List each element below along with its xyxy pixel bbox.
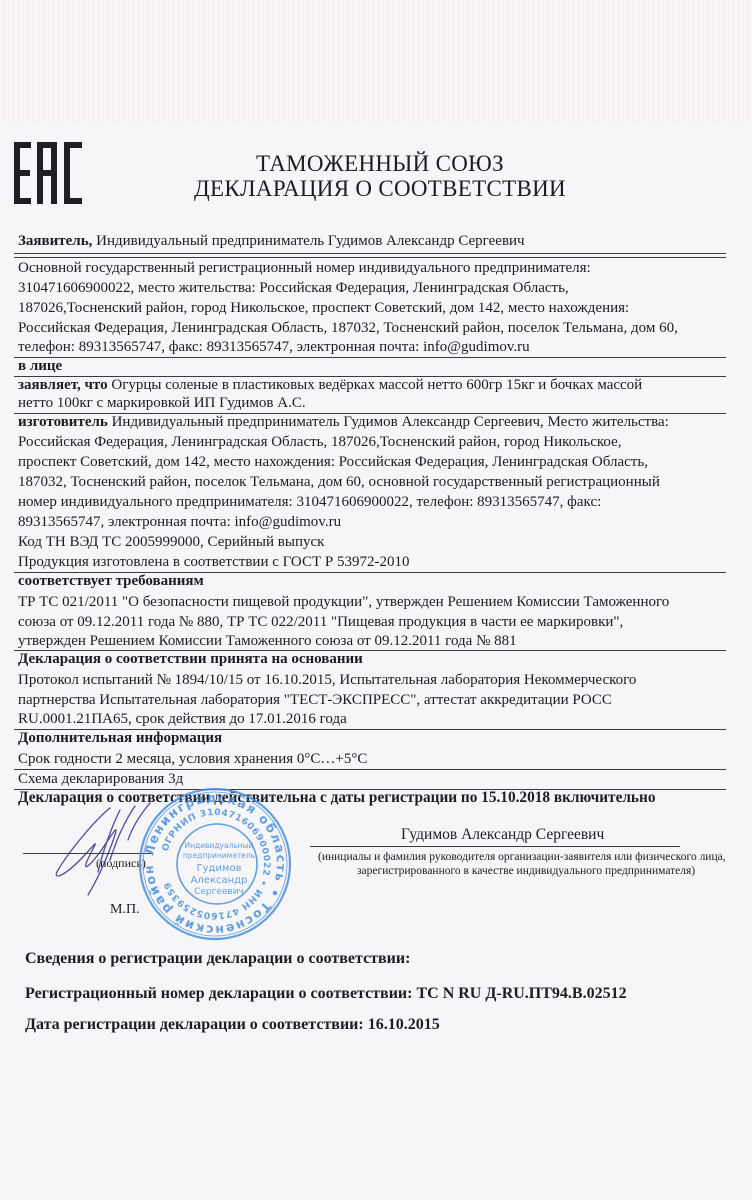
manufacturer-line: номер индивидуального предпринимателя: 3…	[18, 494, 728, 511]
manufacturer-label: изготовитель	[18, 414, 108, 430]
in-person-row: в лице	[18, 358, 728, 375]
manufacturer-line: Российская Федерация, Ленинградская Обла…	[18, 434, 728, 451]
registration-date-row: Дата регистрации декларации о соответств…	[25, 1016, 440, 1034]
standard-line: Продукция изготовлена в соответствии с Г…	[18, 554, 728, 571]
requirement-line: утвержден Решением Комиссии Таможенного …	[18, 633, 728, 650]
svg-text:Сергеевич: Сергеевич	[194, 887, 244, 897]
applicant-detail-line: 310471606900022, место жительства: Росси…	[18, 280, 728, 297]
requirement-line: союза от 09.12.2011 года № 880, ТР ТС 02…	[18, 614, 728, 631]
declares-label: заявляет, что	[18, 377, 108, 393]
basis-heading: Декларация о соответствии принята на осн…	[18, 651, 728, 668]
requirement-line: ТР ТС 021/2011 "О безопасности пищевой п…	[18, 594, 728, 611]
applicant-value: Индивидуальный предприниматель Гудимов А…	[96, 233, 524, 249]
product-description-line2: нетто 100кг с маркировкой ИП Гудимов А.С…	[18, 395, 728, 412]
applicant-detail-line: 187026,Тосненский район, город Никольско…	[18, 300, 728, 317]
divider	[14, 769, 726, 770]
manufacturer-row: изготовитель Индивидуальный предпринимат…	[18, 414, 728, 431]
applicant-detail-line: телефон: 89313565747, факс: 89313565747,…	[18, 339, 728, 356]
svg-text:Гудимов: Гудимов	[197, 863, 242, 874]
scheme-line: Схема декларирования 3д	[18, 771, 728, 788]
product-description: Огурцы соленые в пластиковых ведёрках ма…	[111, 377, 642, 393]
registration-heading: Сведения о регистрации декларации о соот…	[25, 950, 410, 968]
signer-name: Гудимов Александр Сергеевич	[401, 826, 681, 843]
manufacturer-line: 89313565747, электронная почта: info@gud…	[18, 514, 728, 531]
hs-code-line: Код ТН ВЭД ТС 2005999000, Серийный выпус…	[18, 534, 728, 551]
basis-line: RU.0001.21ПА65, срок действия до 17.01.2…	[18, 711, 728, 728]
registration-number-label: Регистрационный номер декларации о соотв…	[25, 985, 412, 1002]
requirements-heading: соответствует требованиям	[18, 573, 728, 590]
basis-line: Протокол испытаний № 1894/10/15 от 16.10…	[18, 672, 728, 689]
registration-date-value: 16.10.2015	[368, 1016, 440, 1033]
svg-text:предприниматель: предприниматель	[183, 851, 255, 860]
paper-margin	[0, 0, 752, 122]
manufacturer-line: 187032, Тосненский район, поселок Тельма…	[18, 474, 728, 491]
declares-row: заявляет, что Огурцы соленые в пластиков…	[18, 377, 728, 394]
applicant-row: Заявитель, Индивидуальный предпринимател…	[18, 233, 728, 250]
divider	[14, 253, 726, 254]
applicant-detail-line: Российская Федерация, Ленинградская Обла…	[18, 320, 728, 337]
registration-number-value: ТС N RU Д-RU.ПТ94.В.02512	[416, 985, 626, 1002]
eac-logo-icon	[14, 142, 82, 204]
document-declaration-title: ДЕКЛАРАЦИЯ О СООТВЕТСТВИИ	[160, 176, 600, 202]
registration-number-row: Регистрационный номер декларации о соотв…	[25, 985, 627, 1003]
registration-date-label: Дата регистрации декларации о соответств…	[25, 1016, 364, 1033]
additional-heading: Дополнительная информация	[18, 730, 728, 747]
applicant-label: Заявитель,	[18, 233, 92, 249]
manufacturer-line: проспект Советский, дом 142, место нахож…	[18, 454, 728, 471]
basis-line: партнерства Испытательная лаборатория "Т…	[18, 692, 728, 709]
divider	[14, 257, 726, 258]
shelf-life-line: Срок годности 2 месяца, условия хранения…	[18, 751, 728, 768]
svg-text:Индивидуальный: Индивидуальный	[184, 841, 253, 850]
svg-text:Александр: Александр	[191, 875, 248, 886]
in-person-label: в лице	[18, 358, 62, 374]
signer-name-line	[310, 846, 680, 847]
applicant-detail-line: Основной государственный регистрационный…	[18, 260, 728, 277]
signer-caption-line2: зарегистрированного в качестве индивидуа…	[357, 863, 677, 880]
handwritten-signature-icon	[40, 800, 180, 900]
document-union-title: ТАМОЖЕННЫЙ СОЮЗ	[160, 151, 600, 177]
manufacturer-value: Индивидуальный предприниматель Гудимов А…	[112, 414, 669, 430]
